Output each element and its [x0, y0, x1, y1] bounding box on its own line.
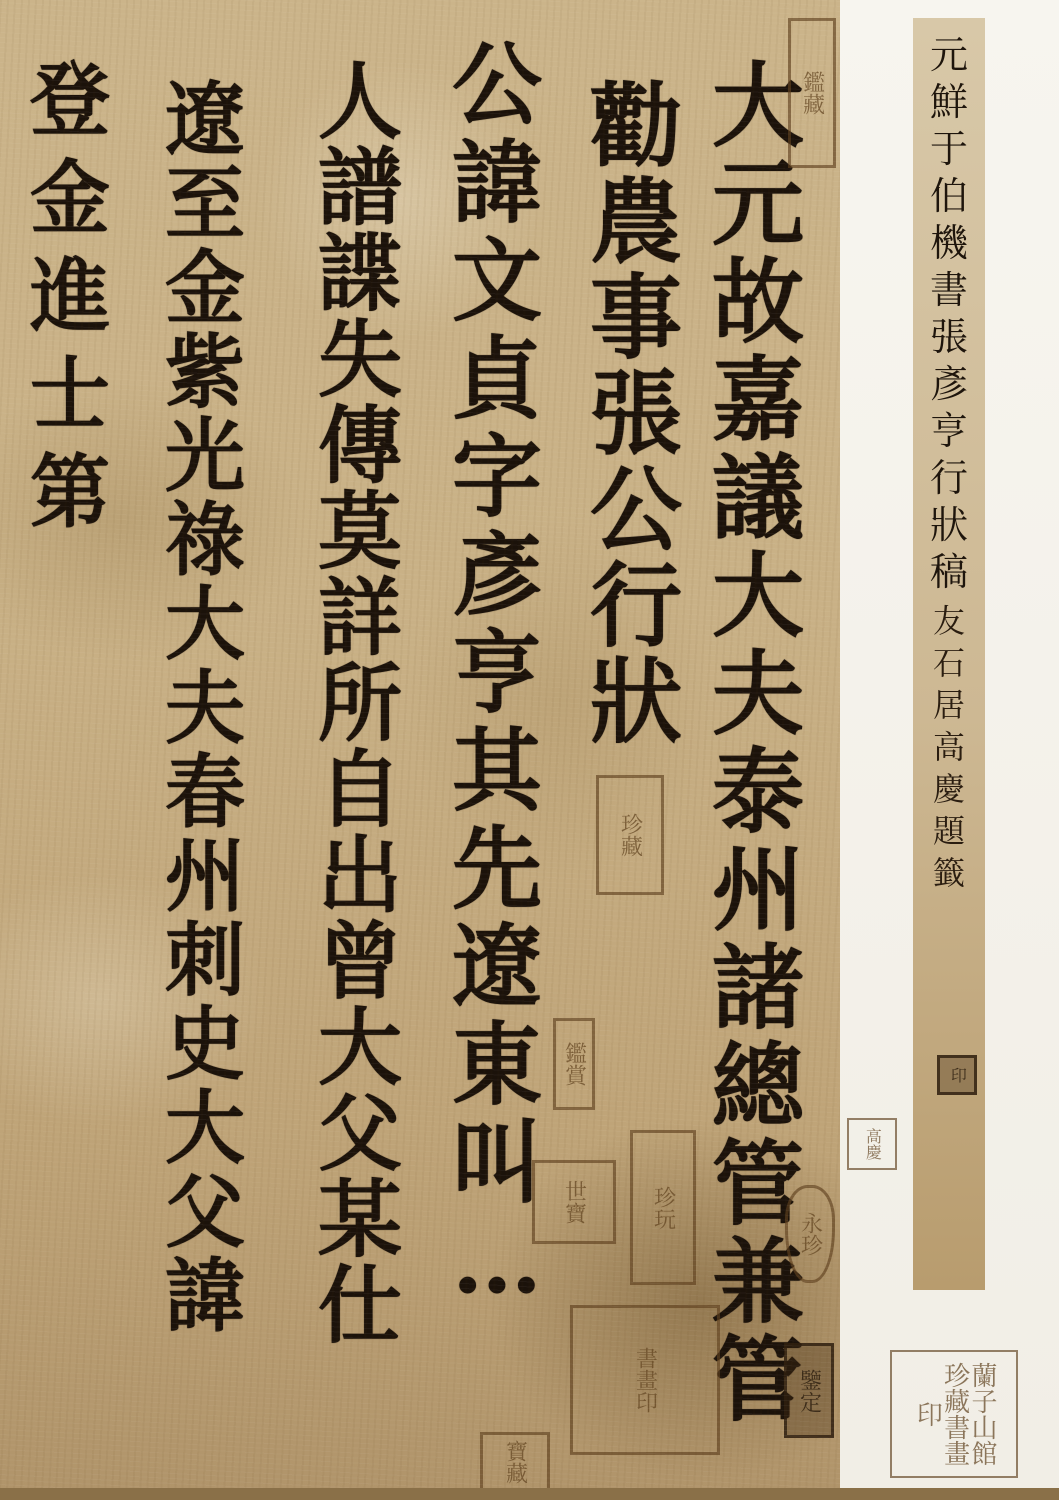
char: 行 [590, 560, 682, 652]
char: 鮮 [930, 83, 968, 121]
char: 兼 [712, 1236, 804, 1328]
char: 嘉 [712, 354, 804, 446]
seal-dark-right: 鑒定 [784, 1343, 834, 1438]
char: 石 [933, 647, 965, 679]
char: 議 [712, 452, 804, 544]
char: 仕 [318, 1264, 402, 1348]
char: 遼 [165, 80, 245, 160]
char: 其 [452, 726, 542, 816]
char: … [452, 1216, 542, 1306]
char: 登 [30, 60, 110, 140]
char: 莫 [318, 490, 402, 574]
char: 彥 [452, 530, 542, 620]
char: 失 [318, 318, 402, 402]
char: 文 [452, 236, 542, 326]
char: 金 [165, 248, 245, 328]
char: 狀 [590, 656, 682, 748]
char: 字 [452, 432, 542, 522]
char: 金 [30, 158, 110, 238]
seal-bottom: 寶藏 [480, 1432, 550, 1492]
seal-mid: 珍藏 [596, 775, 664, 895]
char: 諱 [452, 138, 542, 228]
char: 大 [165, 1088, 245, 1168]
char: 勸 [590, 80, 682, 172]
seal-gourd: 永珍 [785, 1185, 835, 1283]
char: 管 [712, 1334, 804, 1426]
char: 狀 [930, 506, 968, 544]
char: 張 [590, 368, 682, 460]
char: 人 [318, 60, 402, 144]
char: 諜 [318, 232, 402, 316]
char: 諱 [165, 1256, 245, 1336]
char: 曾 [318, 920, 402, 1004]
seal-cluster-3: 書畫印 [570, 1305, 720, 1455]
char: 士 [30, 354, 110, 434]
char: 伯 [930, 177, 968, 215]
calligraphy-paper: 大 元 故 嘉 議 大 夫 泰 州 諸 總 管 兼 管 勸 農 事 張 公 行 … [0, 0, 840, 1500]
text-column-5: 遼 至 金 紫 光 祿 大 夫 春 州 刺 史 大 父 諱 [165, 80, 245, 1336]
seal-cluster-1: 世寶 [532, 1160, 616, 1244]
text-column-6: 登 金 進 士 第 [30, 60, 110, 532]
char: 亨 [452, 628, 542, 718]
char: 傳 [318, 404, 402, 488]
char: 父 [318, 1092, 402, 1176]
char: 元 [930, 36, 968, 74]
text-column-4: 人 譜 諜 失 傳 莫 詳 所 自 出 曾 大 父 某 仕 [318, 60, 402, 1348]
seal-label: 印 [937, 1055, 977, 1095]
char: 光 [165, 416, 245, 496]
char: 春 [165, 752, 245, 832]
title-slip-inscription: 友 石 居 高 慶 題 籤 [933, 605, 965, 889]
char: 張 [930, 318, 968, 356]
char: 譜 [318, 146, 402, 230]
char: 事 [590, 272, 682, 364]
char: 出 [318, 834, 402, 918]
char: 史 [165, 1004, 245, 1084]
char: 祿 [165, 500, 245, 580]
char: 諸 [712, 942, 804, 1034]
char: 居 [933, 689, 965, 721]
char: 大 [712, 60, 804, 152]
char: 大 [318, 1006, 402, 1090]
char: 農 [590, 176, 682, 268]
title-slip-main: 元 鮮 于 伯 機 書 張 彥 亨 行 狀 稿 [930, 36, 968, 591]
char: 友 [933, 605, 965, 637]
text-column-3: 公 諱 文 貞 字 彥 亨 其 先 遼 東 叫 … [452, 40, 542, 1306]
seal-top-right: 鑑藏 [788, 18, 836, 168]
char: 于 [930, 130, 968, 168]
char: 東 [452, 1020, 542, 1110]
char: 稿 [930, 553, 968, 591]
char: 紫 [165, 332, 245, 412]
char: 第 [30, 452, 110, 532]
char: 所 [318, 662, 402, 746]
char: 機 [930, 224, 968, 262]
char: 元 [712, 158, 804, 250]
char: 彥 [930, 365, 968, 403]
char: 管 [712, 1138, 804, 1230]
char: 總 [712, 1040, 804, 1132]
char: 先 [452, 824, 542, 914]
char: 泰 [712, 746, 804, 838]
char: 公 [452, 40, 542, 130]
char: 某 [318, 1178, 402, 1262]
seal-column3: 鑑賞 [553, 1018, 595, 1110]
char: 州 [165, 836, 245, 916]
bottom-border [0, 1488, 1059, 1500]
seal-cluster-2: 珍玩 [630, 1130, 696, 1285]
char: 州 [712, 844, 804, 936]
char: 高 [933, 731, 965, 763]
text-column-2: 勸 農 事 張 公 行 狀 [590, 80, 682, 748]
char: 行 [930, 459, 968, 497]
char: 進 [30, 256, 110, 336]
char: 叫 [452, 1118, 542, 1208]
char: 籤 [933, 857, 965, 889]
char: 刺 [165, 920, 245, 1000]
char: 遼 [452, 922, 542, 1012]
char: 大 [165, 584, 245, 664]
char: 夫 [165, 668, 245, 748]
char: 詳 [318, 576, 402, 660]
seal-mount-large: 蘭子山館珍藏書畫印 [890, 1350, 1018, 1478]
char: 自 [318, 748, 402, 832]
char: 夫 [712, 648, 804, 740]
char: 題 [933, 815, 965, 847]
char: 公 [590, 464, 682, 556]
char: 故 [712, 256, 804, 348]
char: 貞 [452, 334, 542, 424]
char: 亨 [930, 412, 968, 450]
char: 慶 [933, 773, 965, 805]
text-column-1: 大 元 故 嘉 議 大 夫 泰 州 諸 總 管 兼 管 [712, 60, 804, 1426]
char: 至 [165, 164, 245, 244]
title-slip: 元 鮮 于 伯 機 書 張 彥 亨 行 狀 稿 友 石 居 高 慶 題 籤 [913, 18, 985, 1290]
char: 大 [712, 550, 804, 642]
seal-mount-small: 高慶 [847, 1118, 897, 1170]
char: 父 [165, 1172, 245, 1252]
char: 書 [930, 271, 968, 309]
